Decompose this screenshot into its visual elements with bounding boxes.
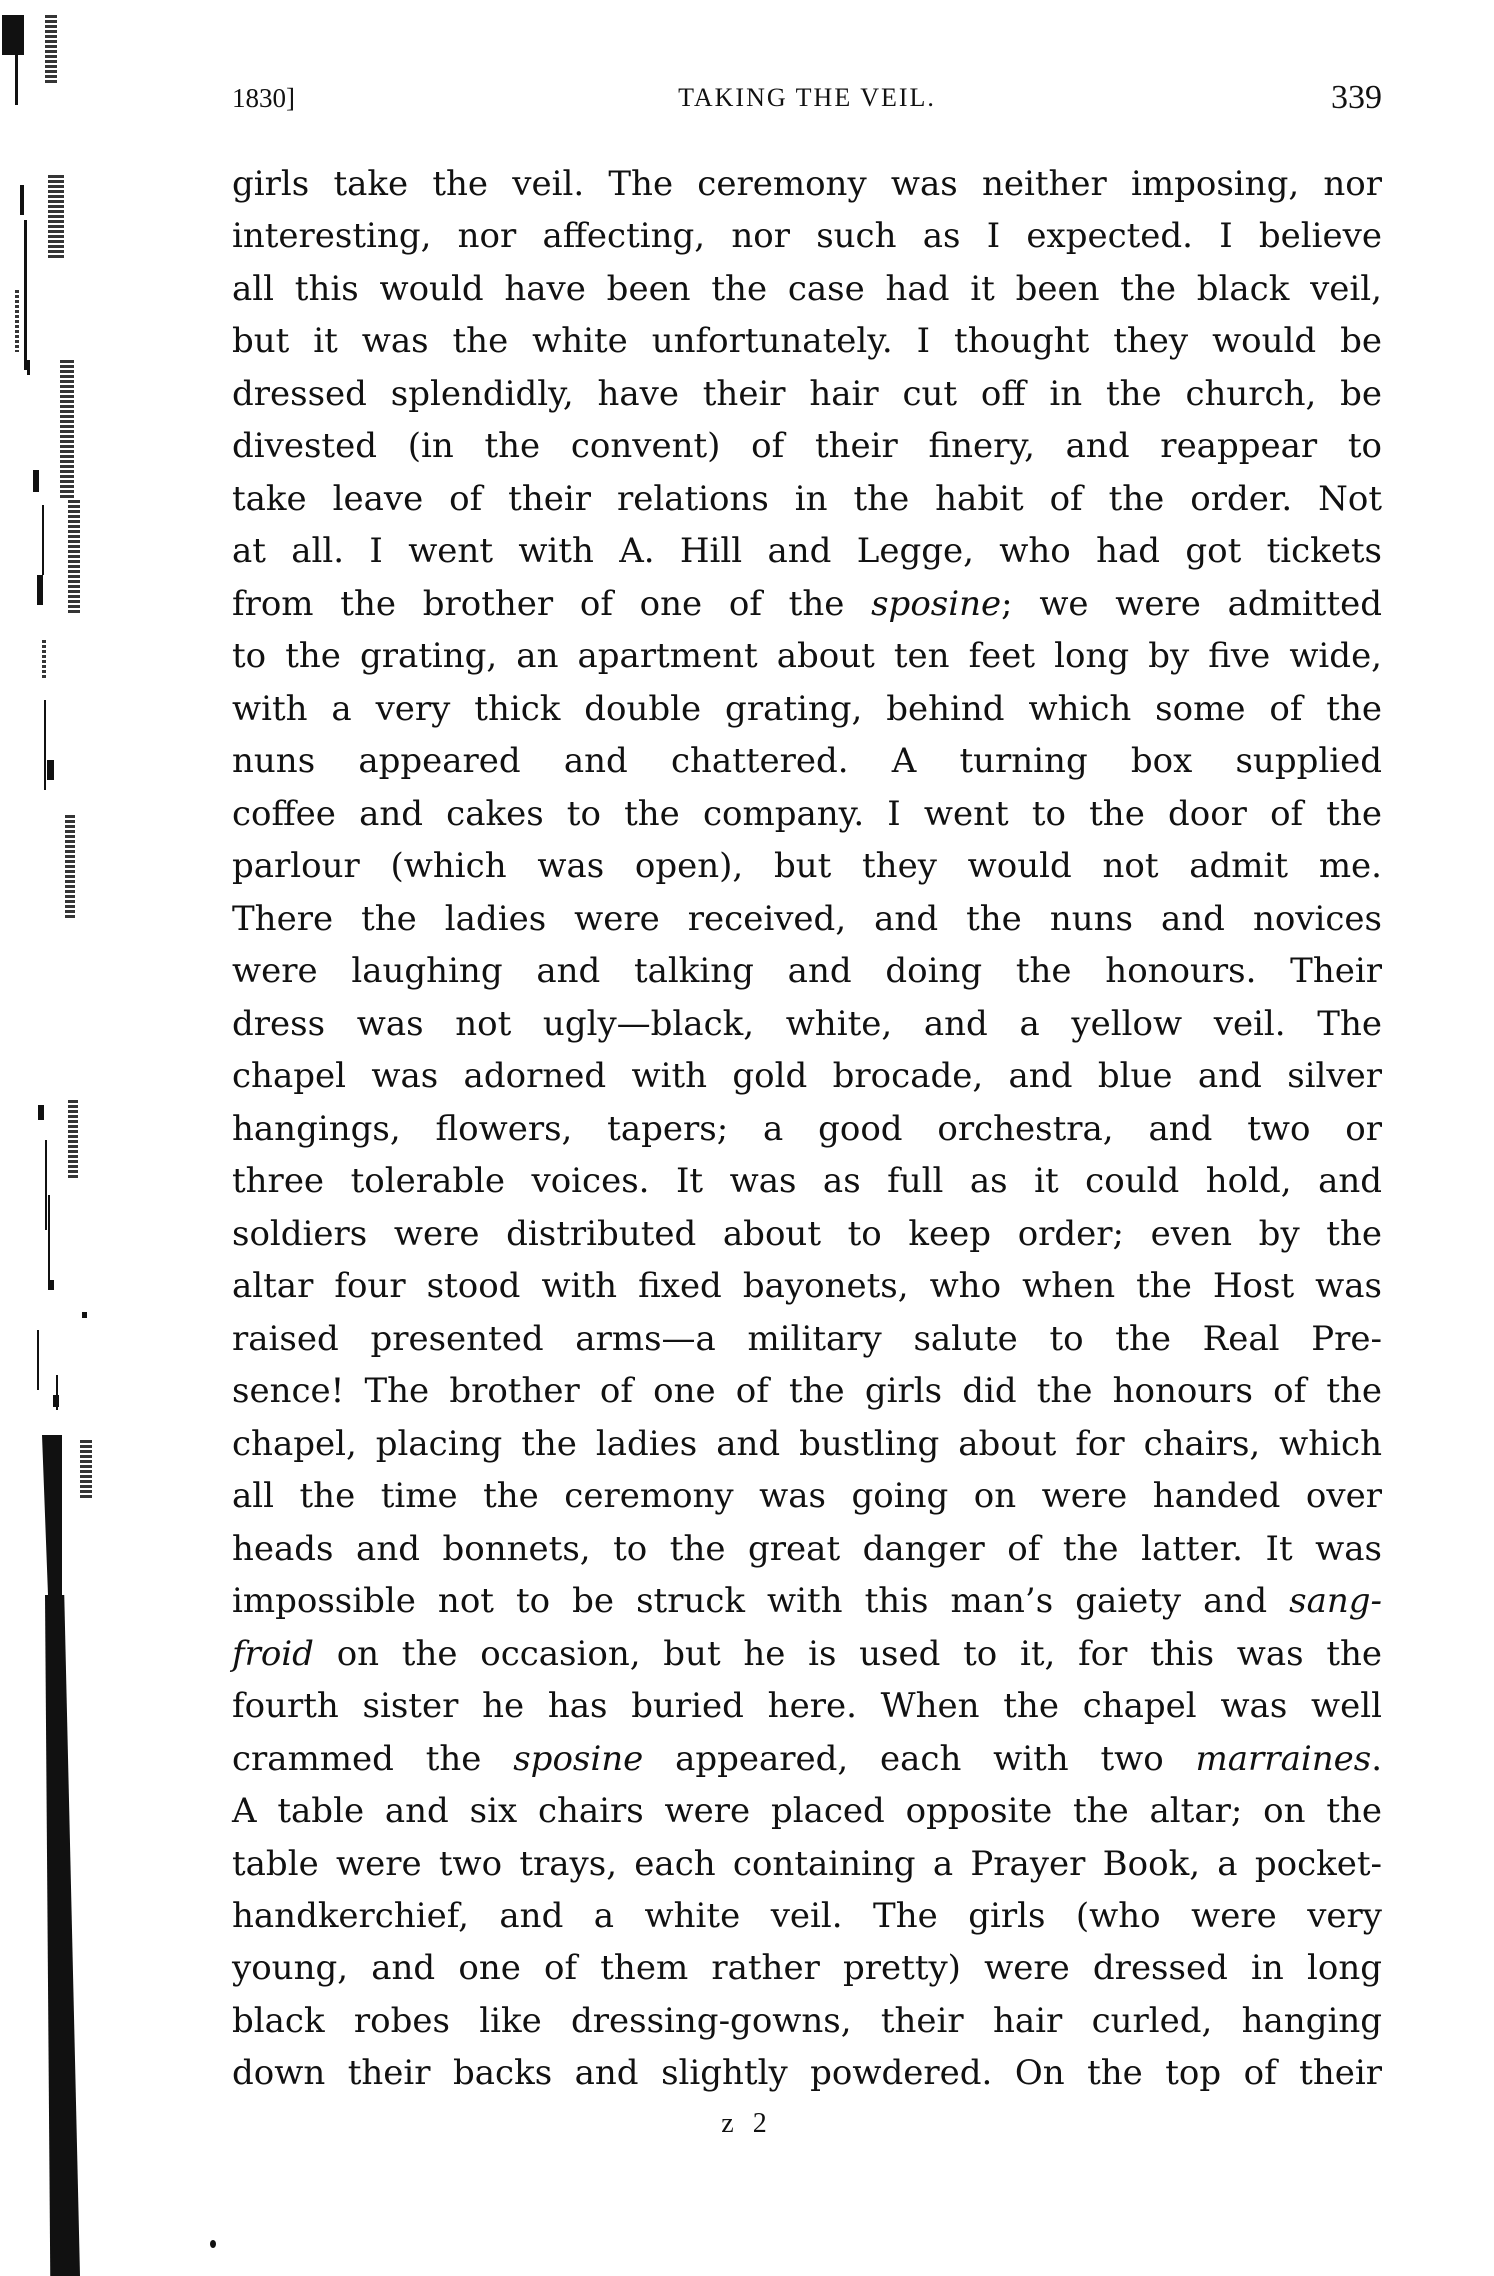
text-line: young, and one of them rather pretty) we…	[232, 1942, 1382, 1994]
scan-artifact-mark	[48, 1280, 54, 1290]
scan-artifact-binding-line	[15, 55, 18, 105]
scan-artifact-speckle	[42, 640, 46, 680]
scan-artifact-speckle	[80, 1440, 92, 1500]
text-line: soldiers were distributed about to keep …	[232, 1208, 1382, 1260]
text-line: black robes like dressing-gowns, their h…	[232, 1995, 1382, 2047]
page-number: 339	[1331, 78, 1382, 118]
scan-artifact-binding-shadow	[42, 1435, 62, 1595]
text-line: raised presented arms—a military salute …	[232, 1313, 1382, 1365]
italic-term: sposine	[513, 1739, 643, 1779]
text-line: to the grating, an apartment about ten f…	[232, 630, 1382, 682]
text-line: parlour (which was open), but they would…	[232, 840, 1382, 892]
italic-term: froid	[232, 1634, 314, 1674]
text-line: impossible not to be struck with this ma…	[232, 1575, 1382, 1627]
italic-term: marraines	[1196, 1739, 1372, 1779]
text-line: fourth sister he has buried here. When t…	[232, 1680, 1382, 1732]
text-line: divested (in the convent) of their finer…	[232, 420, 1382, 472]
text-line: were laughing and talking and doing the …	[232, 945, 1382, 997]
scan-artifact-speckle	[15, 290, 19, 352]
text-line: from the brother of one of the sposine; …	[232, 578, 1382, 630]
text-line: sence! The brother of one of the girls d…	[232, 1365, 1382, 1417]
scan-artifact-mark	[82, 1312, 87, 1318]
running-head-title: TAKING THE VEIL.	[232, 78, 1382, 118]
scan-artifact-binding-shadow	[45, 1595, 80, 2276]
text-line: down their backs and slightly powdered. …	[232, 2047, 1382, 2099]
text-line: all this would have been the case had it…	[232, 263, 1382, 315]
scan-artifact-mark	[33, 470, 39, 492]
scan-artifact-binding-line	[37, 1330, 39, 1390]
body-text: girls take the veil. The ceremony was ne…	[232, 158, 1382, 2100]
text-line: but it was the white unfortunately. I th…	[232, 315, 1382, 367]
text-line: altar four stood with fixed bayonets, wh…	[232, 1260, 1382, 1312]
scan-artifact-binding-line	[48, 1195, 50, 1285]
scan-artifact-binding-line	[45, 1140, 47, 1230]
scan-artifact-binding-top	[2, 15, 24, 55]
scan-artifact-mark	[47, 760, 54, 780]
scan-artifact-dot	[210, 2240, 216, 2248]
scan-artifact-binding-line	[42, 505, 44, 575]
scan-artifact-mark	[38, 1105, 44, 1120]
text-line: all the time the ceremony was going on w…	[232, 1470, 1382, 1522]
text-line: chapel was adorned with gold brocade, an…	[232, 1050, 1382, 1102]
text-line: heads and bonnets, to the great danger o…	[232, 1523, 1382, 1575]
italic-term: sposine	[871, 584, 1001, 624]
text-line: girls take the veil. The ceremony was ne…	[232, 158, 1382, 210]
text-line: A table and six chairs were placed oppos…	[232, 1785, 1382, 1837]
scan-artifact-speckle	[65, 815, 75, 920]
text-line: take leave of their relations in the hab…	[232, 473, 1382, 525]
italic-term: sang-	[1289, 1581, 1382, 1621]
text-line: nuns appeared and chattered. A turning b…	[232, 735, 1382, 787]
text-line: hangings, flowers, tapers; a good orches…	[232, 1103, 1382, 1155]
text-line: interesting, nor affecting, nor such as …	[232, 210, 1382, 262]
text-line: at all. I went with A. Hill and Legge, w…	[232, 525, 1382, 577]
text-line: crammed the sposine appeared, each with …	[232, 1733, 1382, 1785]
text-line: with a very thick double grating, behind…	[232, 683, 1382, 735]
scan-artifact-speckle	[60, 360, 74, 500]
text-line: chapel, placing the ladies and bustling …	[232, 1418, 1382, 1470]
text-line: dress was not ugly—black, white, and a y…	[232, 998, 1382, 1050]
text-line: handkerchief, and a white veil. The girl…	[232, 1890, 1382, 1942]
text-line: table were two trays, each containing a …	[232, 1838, 1382, 1890]
scan-artifact-speckle	[68, 1100, 78, 1180]
text-line: froid on the occasion, but he is used to…	[232, 1628, 1382, 1680]
scan-artifact-binding-line	[44, 700, 46, 790]
text-line: dressed splendidly, have their hair cut …	[232, 368, 1382, 420]
running-head: 1830] TAKING THE VEIL. 339	[232, 78, 1382, 118]
text-line: coffee and cakes to the company. I went …	[232, 788, 1382, 840]
scan-artifact-binding-line	[24, 220, 27, 370]
scan-artifact-speckle	[68, 500, 80, 615]
scan-artifact-mark	[37, 575, 43, 605]
signature-mark: z 2	[0, 2108, 1494, 2140]
text-line: three tolerable voices. It was as full a…	[232, 1155, 1382, 1207]
text-line: There the ladies were received, and the …	[232, 893, 1382, 945]
scan-artifact-binding-line	[27, 360, 30, 375]
scan-artifact-speckle	[48, 175, 64, 260]
scan-artifact-speckle	[45, 15, 57, 83]
scan-artifact-mark	[53, 1395, 59, 1407]
book-page: 1830] TAKING THE VEIL. 339 girls take th…	[0, 0, 1494, 2276]
scan-artifact-binding-line	[20, 185, 24, 215]
